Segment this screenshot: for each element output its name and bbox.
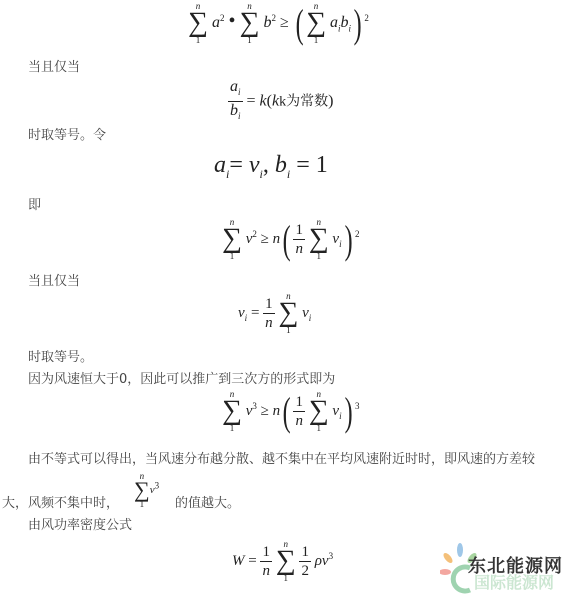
paragraph-power-density-intro: 由风功率密度公式 — [28, 518, 132, 534]
inline-sum-cube: n∑1v3 — [134, 472, 159, 509]
sigma-sum: n∑1 — [239, 2, 259, 45]
paragraph-conclusion: 由不等式可以得出，当风速分布越分散、越不集中在平均风速附近时时，即风速的方差较 — [28, 452, 535, 468]
formula-cauchy-schwarz: n∑1 a2 • n∑1 b2 ≥ (n∑1 aibi)2 — [188, 2, 369, 45]
sigma-sum: n∑1 — [306, 2, 326, 45]
watermark-subtitle: 国际能源网 — [474, 570, 554, 593]
formula-ratio: aibi = k(kk为常数) — [228, 78, 333, 125]
formula-equality-condition: vi = 1n n∑1 vi — [238, 292, 311, 335]
paragraph-wind-speed-positive: 因为风速恒大于0，因此可以推广到三次方的形式即为 — [28, 372, 335, 388]
paragraph-conclusion-2b: 的值越大。 — [175, 496, 240, 512]
paragraph-if-and-only-if-2: 当且仅当 — [28, 274, 80, 290]
paragraph-if-and-only-if: 当且仅当 — [28, 60, 80, 76]
formula-substitution: ai= vi, bi = 1 — [214, 152, 328, 182]
formula-square-inequality: n∑1 v2 ≥ n(1n n∑1 vi)2 — [222, 218, 359, 261]
paragraph-equality-let: 时取等号。令 — [28, 128, 106, 144]
paragraph-namely: 即 — [28, 198, 41, 214]
sigma-sum: n∑1 — [188, 2, 208, 45]
formula-power-density: W = 1n n∑1 12 ρv3 — [232, 540, 333, 583]
watermark-logo: 东北能源网 国际能源网 — [440, 540, 576, 596]
paragraph-conclusion-2a: 大，风频不集中时， — [2, 496, 119, 512]
paragraph-equality: 时取等号。 — [28, 350, 93, 366]
formula-cube-inequality: n∑1 v3 ≥ n(1n n∑1 vi)3 — [222, 390, 359, 433]
